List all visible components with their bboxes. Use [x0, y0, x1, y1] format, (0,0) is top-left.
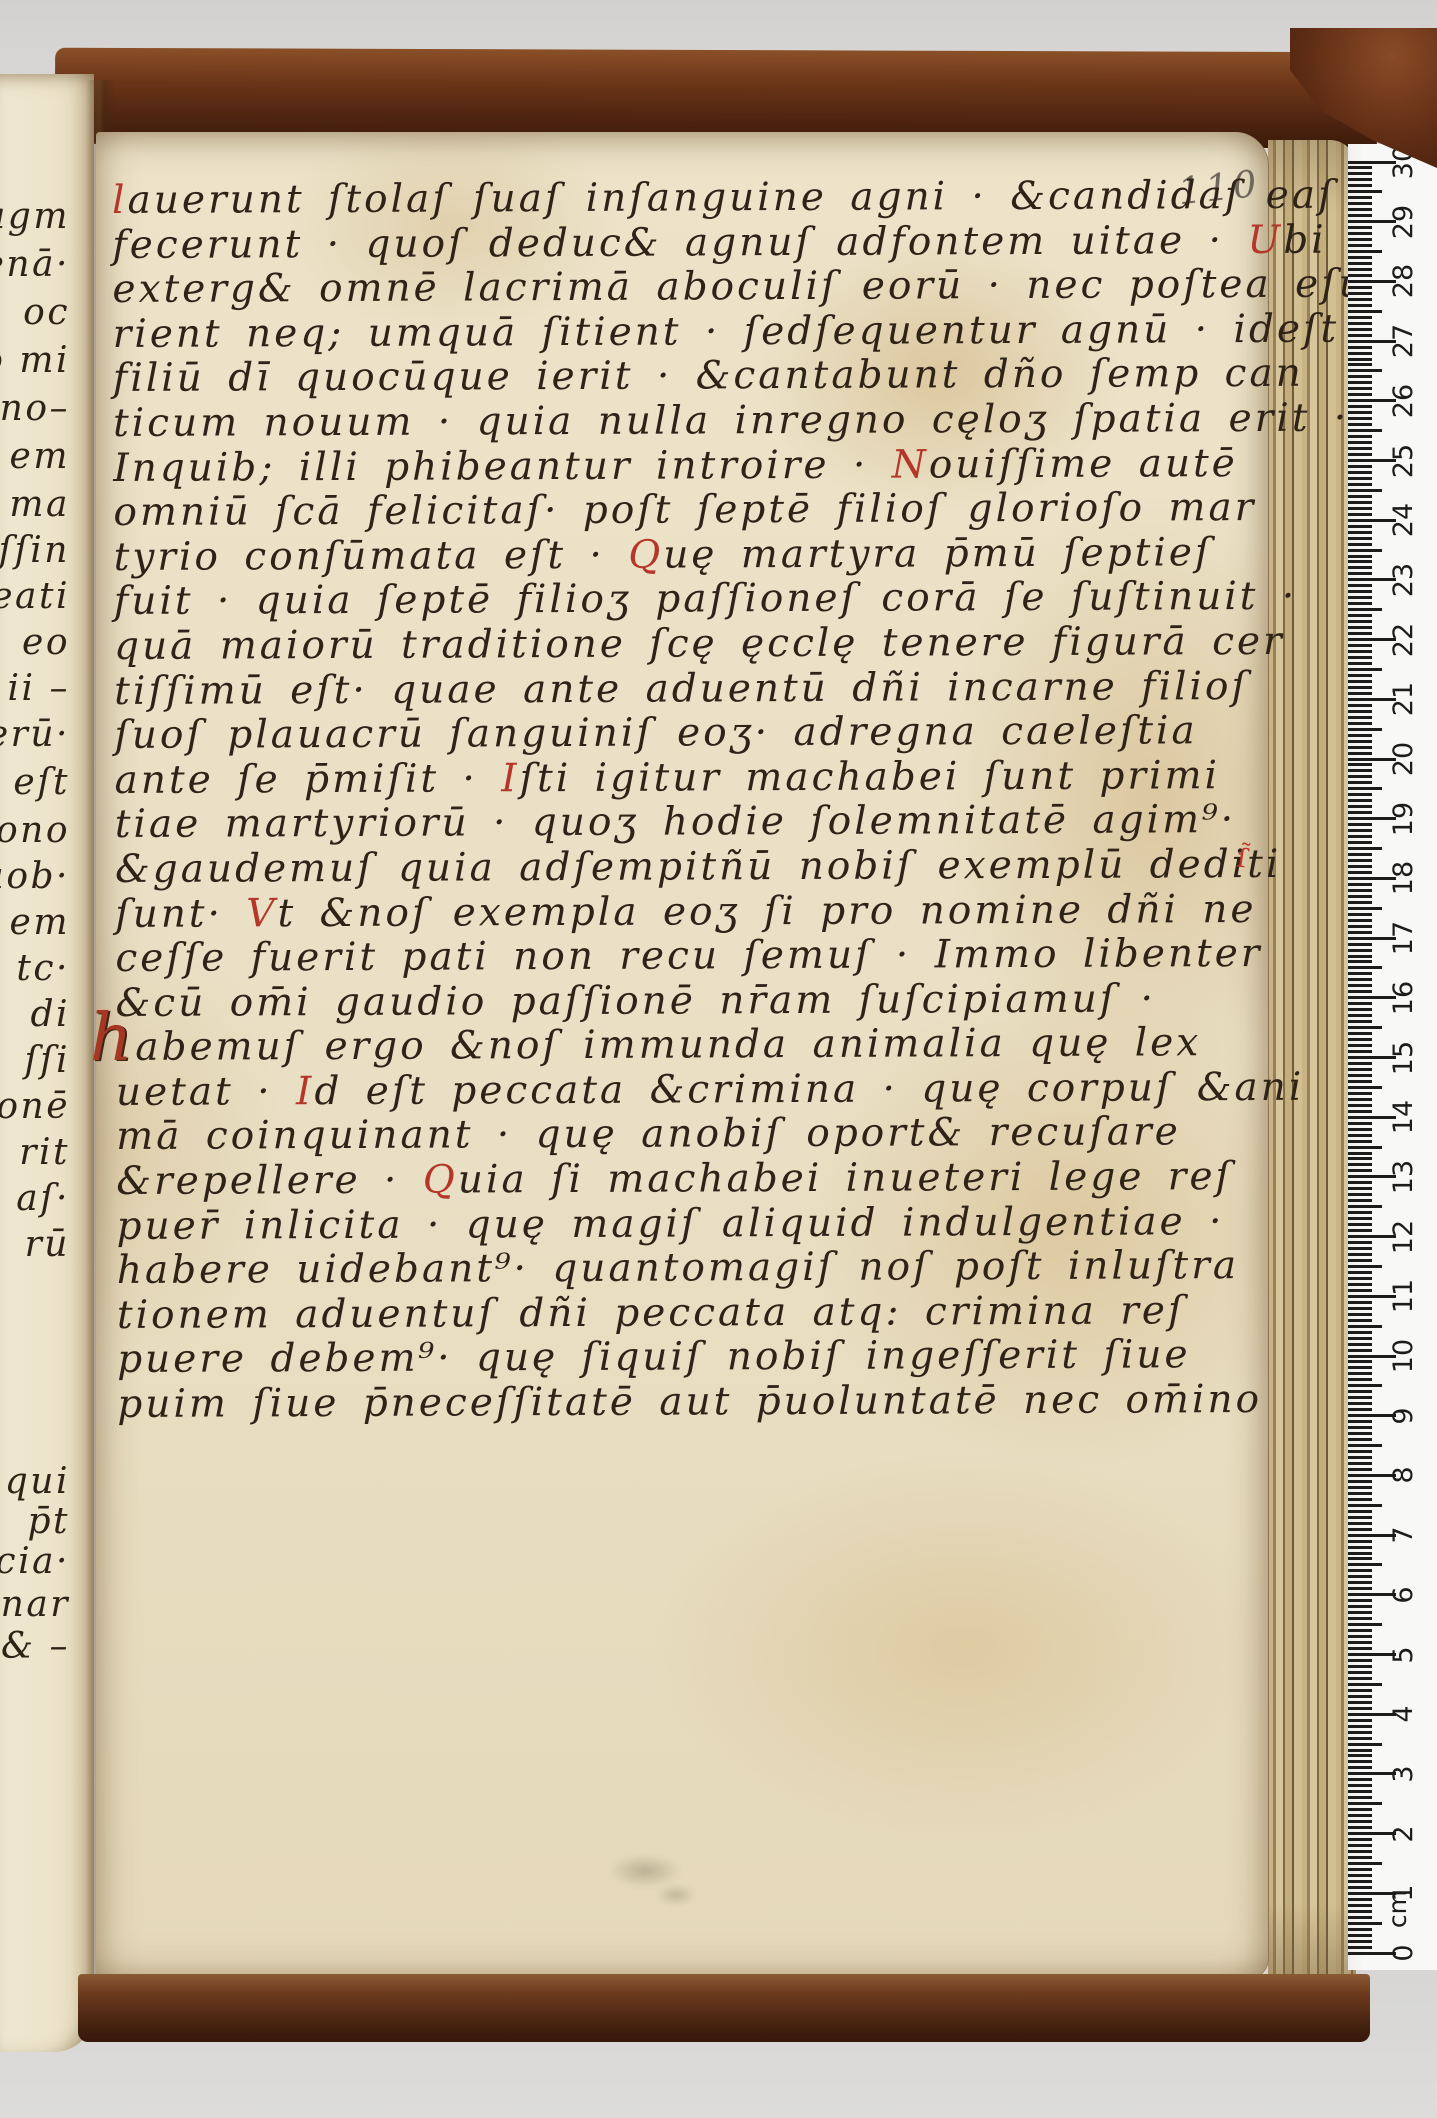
ruler-tick [1348, 1217, 1372, 1220]
ruler-tick [1348, 405, 1372, 408]
ruler-tick [1348, 1904, 1372, 1907]
ruler-tick [1348, 274, 1372, 277]
ruler-tick [1348, 465, 1372, 468]
ruler-tick [1348, 1743, 1382, 1746]
ruler-tick [1348, 178, 1372, 181]
binding-leather-bottom [78, 1974, 1370, 2042]
ruler-tick [1348, 608, 1382, 611]
ruler-tick [1348, 966, 1382, 969]
ruler-tick [1348, 656, 1372, 659]
ruler-cm-label: 2 [1390, 1814, 1418, 1854]
ruler-tick [1348, 787, 1382, 790]
ruler-tick [1348, 769, 1372, 772]
ruler-tick [1348, 1343, 1372, 1346]
ruler-tick [1348, 740, 1372, 743]
facing-page-fragment: & – [1, 1626, 70, 1667]
ruler-tick [1348, 1522, 1372, 1525]
ruler-cm-label: 3 [1390, 1754, 1418, 1794]
ruler-tick [1348, 829, 1372, 832]
ruler-tick [1348, 1802, 1382, 1805]
text-segment: Inquib; illi phibeantur introire · [113, 442, 892, 490]
ruler-tick [1348, 763, 1372, 766]
manuscript-line: habere uidebant⁹· quantomagiſ noſ poſt i… [117, 1243, 1277, 1293]
ruler-tick [1348, 847, 1382, 850]
ruler-tick [1348, 1271, 1372, 1274]
facing-page-fragment: no– [0, 388, 70, 429]
ruler-tick [1348, 232, 1372, 235]
ruler-tick [1348, 375, 1372, 378]
ruler-tick [1348, 363, 1372, 366]
facing-page-fragment: oc [23, 292, 70, 333]
text-segment: ſti igitur machabei ſunt primi [520, 753, 1221, 801]
ruler-tick [1348, 602, 1372, 605]
ruler-tick [1348, 441, 1372, 444]
text-segment: fecerunt · quoſ deduc& agnuſ adfontem ui… [112, 218, 1247, 268]
manuscript-line: ante ſe p̄miſit · Iſti igitur machabei ſ… [115, 753, 1275, 803]
text-segment: tyrio conſūmata eſt · [114, 533, 629, 580]
ruler-cm-label: 22 [1390, 620, 1418, 660]
ruler-tick [1348, 1163, 1372, 1166]
ruler-tick [1348, 1032, 1372, 1035]
manuscript-line: uetat · Id eſt peccata &crimina · quę co… [116, 1065, 1276, 1115]
text-segment: &cū om̄i gaudio paſſionē nr̄am ſuſcipiam… [116, 976, 1157, 1026]
ruler-tick [1348, 662, 1372, 665]
ruler-tick [1348, 1146, 1382, 1149]
ruler-tick [1348, 1557, 1372, 1560]
ruler-tick [1348, 1546, 1372, 1549]
ruler-tick [1348, 549, 1382, 552]
ruler-tick [1348, 1683, 1382, 1686]
ruler-tick [1348, 841, 1372, 844]
ruler-tick [1348, 1796, 1372, 1799]
rubric-letter: I [501, 756, 520, 801]
ruler-tick [1348, 381, 1372, 384]
text-segment: abemuſ ergo &noſ immunda animalia quę le… [135, 1021, 1201, 1071]
ruler-tick [1348, 1677, 1372, 1680]
manuscript-line: puim ſiue p̄neceſſitatē aut p̄uoluntatē … [117, 1377, 1277, 1427]
ruler-tick [1348, 525, 1372, 528]
facing-page-fragment: qui [5, 1461, 70, 1502]
manuscript-line: exterg& omnē lacrimā aboculiſ eorū · nec… [112, 262, 1272, 312]
ruler-tick [1348, 1480, 1372, 1483]
ruler-tick [1348, 358, 1372, 361]
ruler-tick [1348, 1247, 1372, 1250]
ruler-tick [1348, 1211, 1372, 1214]
ruler-tick [1348, 1241, 1372, 1244]
ruler-tick [1348, 1671, 1372, 1674]
text-segment: ante ſe p̄miſit · [115, 756, 502, 803]
ruler-tick [1348, 1665, 1372, 1668]
facing-page-fragment: nagm [0, 196, 70, 237]
manuscript-line: ticum nouum · quia nulla inregno cęloʒ ſ… [113, 396, 1273, 446]
ruler-tick [1348, 990, 1372, 993]
ruler-tick [1348, 1581, 1372, 1584]
ruler-tick [1348, 286, 1372, 289]
ruler-tick [1348, 1946, 1372, 1949]
ruler-tick [1348, 1510, 1372, 1513]
ruler-tick [1348, 1319, 1372, 1322]
ruler-tick [1348, 823, 1372, 826]
ruler-cm-label: 9 [1390, 1396, 1418, 1436]
text-segment: uia ſi machabei inueteri lege reſ [458, 1154, 1233, 1202]
ruler-cm-label: 20 [1390, 739, 1418, 779]
ruler-cm-label: 7 [1390, 1515, 1418, 1555]
ruler-tick [1348, 1205, 1382, 1208]
ruler-tick [1348, 1110, 1372, 1113]
ruler-tick [1348, 471, 1372, 474]
ruler-tick [1348, 1426, 1372, 1429]
ruler-tick [1348, 1325, 1382, 1328]
ruler-tick [1348, 1492, 1372, 1495]
ruler-tick [1348, 1378, 1372, 1381]
ruler-tick [1348, 304, 1372, 307]
manuscript-line: omniū ſcā felicitaſ· poſt ſeptē filioſ g… [113, 485, 1273, 535]
text-segment: mā coinquinant · quę anobiſ oport& recuſ… [116, 1110, 1181, 1160]
ruler-tick [1348, 1313, 1372, 1316]
facing-page-fragment: ii – [8, 668, 70, 709]
ruler-tick [1348, 913, 1372, 916]
ruler-tick [1348, 1754, 1372, 1757]
ruler-tick [1348, 644, 1372, 647]
ruler-tick [1348, 1605, 1372, 1608]
ruler-cm-label: 23 [1390, 560, 1418, 600]
text-segment: puere debem⁹· quę ſiquiſ nobiſ ingeſſeri… [117, 1333, 1191, 1383]
facing-page-fragment: genā· [0, 244, 70, 285]
facing-page-fragment: uob· [0, 856, 70, 897]
ruler-tick [1348, 919, 1372, 922]
ruler-tick [1348, 1922, 1382, 1925]
manuscript-line: tionem aduentuſ dñi peccata atq: crimina… [117, 1288, 1277, 1338]
ruler-tick [1348, 1862, 1382, 1865]
ruler-tick [1348, 1934, 1372, 1937]
ruler-tick [1348, 1916, 1372, 1919]
manuscript-line: puere debem⁹· quę ſiquiſ nobiſ ingeſſeri… [117, 1332, 1277, 1382]
ruler-tick [1348, 1940, 1372, 1943]
ruler-tick [1348, 1152, 1372, 1155]
text-segment: ceſſe fuerit pati non recu ſemuſ · Immo … [115, 931, 1262, 981]
ruler-tick [1348, 1850, 1372, 1853]
ruler: cm 0123456789101112131415161718192021222… [1348, 144, 1437, 1970]
ruler-tick [1348, 196, 1372, 199]
facing-page-fragment: cia· [0, 1541, 70, 1582]
ruler-tick [1348, 1749, 1372, 1752]
ruler-tick [1348, 1086, 1382, 1089]
ruler-tick [1348, 686, 1372, 689]
ruler-cm-label: 11 [1390, 1276, 1418, 1316]
ruler-tick [1348, 423, 1372, 426]
manuscript-line: rient neq; umquā ſitient · ſedſequentur … [113, 307, 1273, 357]
ruler-tick [1348, 1444, 1382, 1447]
ruler-tick [1348, 1420, 1372, 1423]
ruler-tick [1348, 984, 1372, 987]
ruler-tick [1348, 799, 1372, 802]
text-segment: t &noſ exempla eoʒ ſi pro nomine dñi ne [277, 887, 1256, 936]
ruler-tick [1348, 184, 1372, 187]
ruler-tick [1348, 429, 1382, 432]
ruler-cm-label: 21 [1390, 679, 1418, 719]
text-segment: tiae martyriorū · quoʒ hodie ſolemnitatē… [115, 797, 1236, 847]
manuscript-line: quā maiorū traditione ſcę ęcclę tenere f… [114, 619, 1274, 669]
ruler-tick [1348, 555, 1372, 558]
ruler-tick [1348, 1014, 1372, 1017]
ruler-tick [1348, 620, 1372, 623]
ruler-tick [1348, 1659, 1372, 1662]
facing-page-fragment: rū [25, 1224, 70, 1265]
ruler-tick [1348, 310, 1382, 313]
ruler-cm-label: 28 [1390, 261, 1418, 301]
ruler-cm-label: 6 [1390, 1575, 1418, 1615]
ruler-tick [1348, 1092, 1372, 1095]
ruler-tick [1348, 1737, 1372, 1740]
ink-smudge [608, 1854, 682, 1888]
facing-page-fragment: t ma [0, 484, 70, 525]
text-segment: tiſſimū eſt· quae ante aduentū dñi incar… [114, 664, 1249, 714]
facing-page-fragment: p̄t [27, 1501, 70, 1542]
ruler-tick [1348, 1462, 1372, 1465]
manuscript-line: fecerunt · quoſ deduc& agnuſ adfontem ui… [112, 218, 1272, 268]
ruler-tick [1348, 1193, 1372, 1196]
ruler-tick [1348, 883, 1372, 886]
ruler-tick [1348, 793, 1372, 796]
facing-page-fragment: di [30, 994, 70, 1035]
ruler-tick [1348, 1408, 1372, 1411]
ruler-tick [1348, 871, 1372, 874]
ruler-tick [1348, 369, 1382, 372]
ruler-tick [1348, 1187, 1372, 1190]
text-segment: exterg& omnē lacrimā aboculiſ eorū · nec… [112, 262, 1366, 312]
ruler-tick [1348, 1259, 1372, 1262]
ruler-cm-label: 12 [1390, 1217, 1418, 1257]
rubric-letter: I [296, 1069, 315, 1114]
ruler-tick [1348, 943, 1372, 946]
ruler-tick [1348, 614, 1372, 617]
ruler-tick [1348, 1098, 1372, 1101]
ruler-tick [1348, 972, 1372, 975]
text-block: lauerunt ſtolaſ ſuaſ inſanguine agni · &… [112, 173, 1277, 1427]
ruler-tick [1348, 889, 1372, 892]
ruler-tick [1348, 949, 1372, 952]
ruler-tick [1348, 1062, 1372, 1065]
ruler-tick [1348, 1910, 1372, 1913]
manuscript-line: mā coinquinant · quę anobiſ oport& recuſ… [116, 1109, 1276, 1159]
ruler-tick [1348, 1629, 1372, 1632]
ruler-tick [1348, 328, 1372, 331]
text-segment: omniū ſcā felicitaſ· poſt ſeptē filioſ g… [113, 485, 1256, 535]
ruler-tick [1348, 931, 1372, 934]
ruler-tick [1348, 298, 1372, 301]
ruler-tick [1348, 1026, 1382, 1029]
ruler-tick [1348, 960, 1372, 963]
ruler-tick [1348, 1587, 1372, 1590]
ruler-tick [1348, 596, 1372, 599]
facing-page-sliver: nagmgenā·oco mino–emt maſſineatieoii –er… [0, 74, 94, 2052]
ruler-tick [1348, 978, 1372, 981]
ruler-tick [1348, 901, 1372, 904]
ruler-tick [1348, 632, 1372, 635]
ruler-tick [1348, 1307, 1372, 1310]
manuscript-line: habemuſ ergo &noſ immunda animalia quę l… [116, 1020, 1276, 1070]
text-segment: puer̄ inlicita · quę magiſ aliquid indul… [116, 1199, 1224, 1249]
ruler-tick [1348, 728, 1382, 731]
ruler-tick [1348, 805, 1372, 808]
facing-page-fragment: eo [22, 622, 70, 663]
manuscript-line: tiſſimū eſt· quae ante aduentū dñi incar… [114, 663, 1274, 713]
manuscript-line: tiae martyriorū · quoʒ hodie ſolemnitatē… [115, 797, 1275, 847]
ruler-tick [1348, 453, 1372, 456]
ruler-cm-label: 15 [1390, 1038, 1418, 1078]
ruler-tick [1348, 674, 1372, 677]
ruler-tick [1348, 1074, 1372, 1077]
manuscript-photo: nagmgenā·oco mino–emt maſſineatieoii –er… [0, 0, 1437, 2118]
ruler-cm-label: 18 [1390, 858, 1418, 898]
ruler-tick [1348, 316, 1372, 319]
ruler-tick [1348, 1528, 1372, 1531]
ruler-tick [1348, 226, 1372, 229]
ruler-tick [1348, 650, 1372, 653]
ruler-tick [1348, 1199, 1372, 1202]
ruler-tick [1348, 1552, 1372, 1555]
manuscript-line: ſunt· Vt &noſ exempla eoʒ ſi pro nomine … [115, 886, 1275, 936]
facing-page-fragment: tc· [16, 948, 70, 989]
ruler-tick [1348, 292, 1372, 295]
ink-smudge [656, 1884, 696, 1906]
ruler-tick [1348, 1384, 1382, 1387]
ruler-tick [1348, 716, 1372, 719]
ruler-tick [1348, 334, 1372, 337]
ruler-tick [1348, 1498, 1372, 1501]
ruler-tick [1348, 238, 1372, 241]
ruler-cm-label: 19 [1390, 799, 1418, 839]
ruler-cm-label: 27 [1390, 321, 1418, 361]
manuscript-line: &repellere · Quia ſi machabei inueteri l… [116, 1154, 1276, 1204]
ruler-tick [1348, 1790, 1372, 1793]
ruler-tick [1348, 202, 1372, 205]
ruler-tick [1348, 1838, 1372, 1841]
facing-page-fragment: eati [0, 576, 70, 617]
manuscript-line: &gaudemuſ quia adſempitñū nobiſ exemplū … [115, 842, 1275, 892]
facing-page-fragment: em [10, 902, 70, 943]
manuscript-line: fuit · quia ſeptē filioʒ paſſioneſ corā … [114, 574, 1274, 624]
ruler-tick [1348, 262, 1372, 265]
ruler-tick [1348, 1868, 1372, 1871]
ruler-tick [1348, 1050, 1372, 1053]
ruler-tick [1348, 1689, 1372, 1692]
ruler-tick [1348, 566, 1372, 569]
ruler-tick [1348, 692, 1372, 695]
ruler-tick [1348, 1366, 1372, 1369]
ruler-tick [1348, 752, 1372, 755]
facing-page-fragment: em [10, 436, 70, 477]
ruler-tick [1348, 1396, 1372, 1399]
rubric-letter: V [246, 891, 277, 936]
text-segment: auerunt ſtolaſ ſuaſ inſanguine agni · &c… [127, 173, 1335, 223]
text-segment: rient neq; umquā ſitient · ſedſequentur … [113, 306, 1340, 356]
ruler-tick [1348, 1402, 1372, 1405]
ruler-tick [1348, 495, 1372, 498]
ruler-tick [1348, 1181, 1372, 1184]
ruler-tick [1348, 1038, 1372, 1041]
facing-page-fragment: ſſin [0, 530, 70, 571]
ruler-tick [1348, 190, 1382, 193]
ruler-tick [1348, 501, 1372, 504]
ruler-tick [1348, 925, 1372, 928]
facing-page-fragment: erū· [0, 714, 70, 755]
ruler-tick [1348, 1122, 1372, 1125]
manuscript-line: ſuoſ plauacrū ſanguiniſ eoʒ· adregna cae… [114, 708, 1274, 758]
ruler-tick [1348, 1719, 1372, 1722]
ruler-tick [1348, 1104, 1372, 1107]
ruler-tick [1348, 1044, 1372, 1047]
ruler-cm-label: 26 [1390, 381, 1418, 421]
ruler-tick [1348, 1331, 1372, 1334]
ruler-cm-label: 4 [1390, 1694, 1418, 1734]
facing-page-fragment: o mi [0, 340, 70, 381]
ruler-tick [1348, 1450, 1372, 1453]
ruler-tick [1348, 560, 1372, 563]
ruler-cm-label: 5 [1390, 1635, 1418, 1675]
ruler-tick [1348, 1002, 1372, 1005]
facing-page-fragment: eſt [13, 762, 70, 803]
ruler-tick [1348, 1856, 1372, 1859]
ruler-tick [1348, 907, 1382, 910]
ruler-tick [1348, 1134, 1372, 1137]
ruler-tick [1348, 1289, 1372, 1292]
ruler-tick [1348, 417, 1372, 420]
ruler-tick [1348, 172, 1372, 175]
text-segment: uę martyra p̄mū ſeptieſ [663, 530, 1212, 577]
manuscript-line: tyrio conſūmata eſt · Quę martyra p̄mū ſ… [114, 530, 1274, 580]
ruler-tick [1348, 626, 1372, 629]
text-segment: fuit · quia ſeptē filioʒ paſſioneſ corā … [114, 574, 1298, 624]
ruler-tick [1348, 1826, 1372, 1829]
ruler-tick [1348, 268, 1372, 271]
ruler-tick [1348, 1695, 1372, 1698]
ruler-tick [1348, 955, 1372, 958]
ruler-tick [1348, 584, 1372, 587]
ruler-tick [1348, 895, 1372, 898]
text-segment: filiū dī quocūque ierit · &cantabunt dño… [113, 351, 1304, 401]
ruler-tick [1348, 346, 1372, 349]
ruler-tick [1348, 1265, 1382, 1268]
manuscript-line: Inquib; illi phibeantur introire · Nouiſ… [113, 440, 1273, 490]
text-segment: ticum nouum · quia nulla inregno cęloʒ ſ… [113, 396, 1349, 446]
text-segment: bi [1283, 217, 1327, 262]
facing-page-fragment: onē [0, 1086, 70, 1127]
ruler-tick [1348, 1349, 1372, 1352]
rubric-letter: Q [628, 532, 663, 577]
ruler-tick [1348, 1486, 1372, 1489]
ruler-tick [1348, 513, 1372, 516]
ruler-tick [1348, 1140, 1372, 1143]
ruler-tick [1348, 1778, 1372, 1781]
ruler-tick [1348, 1277, 1372, 1280]
ruler-tick [1348, 1641, 1372, 1644]
text-segment: uetat · [116, 1069, 296, 1115]
ruler-tick [1348, 1874, 1372, 1877]
ruler-tick [1348, 531, 1372, 534]
rubric-letter: U [1247, 217, 1283, 262]
ruler-tick [1348, 537, 1372, 540]
ruler-tick [1348, 435, 1372, 438]
ruler-tick [1348, 1229, 1372, 1232]
ruler-tick [1348, 1283, 1372, 1286]
ruler-cm-label: 13 [1390, 1157, 1418, 1197]
ruler-tick [1348, 1468, 1372, 1471]
ruler-tick [1348, 835, 1372, 838]
ruler-tick [1348, 250, 1382, 253]
ruler-tick [1348, 1635, 1372, 1638]
ruler-tick [1348, 853, 1372, 856]
